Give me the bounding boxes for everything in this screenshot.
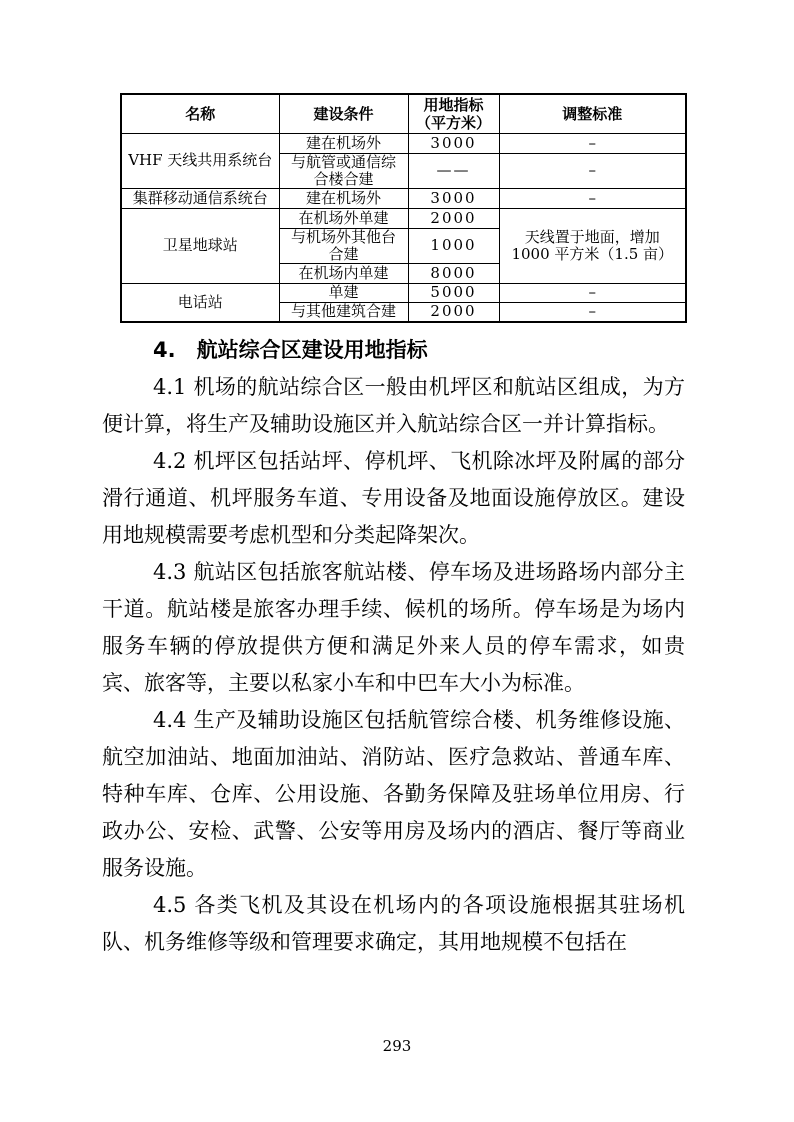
section-text: 4. 航站综合区建设用地指标 4.1 机场的航站综合区一般由机坪区和航站区组成，…	[102, 332, 685, 961]
paragraph-4-4: 4.4 生产及辅助设施区包括航管综合楼、机务维修设施、航空加油站、地面加油站、消…	[102, 702, 685, 887]
condition-cell: 在机场内单建	[279, 263, 408, 283]
paragraph-4-3: 4.3 航站区包括旅客航站楼、停车场及进场路场内部分主干道。航站楼是旅客办理手续…	[102, 554, 685, 702]
condition-cell: 与机场外其他台合建	[279, 228, 408, 263]
condition-cell: 与其他建筑合建	[279, 302, 408, 322]
page-number: 293	[0, 1036, 794, 1056]
land-use-table: 名称 建设条件 用地指标 （平方米） 调整标准 VHF 天线共用系统台 建在机场…	[120, 93, 687, 323]
condition-cell: 在机场外单建	[279, 208, 408, 228]
facility-name-cell: 卫星地球站	[121, 208, 279, 283]
adjustment-cell: –	[499, 188, 686, 208]
adjustment-cell: –	[499, 133, 686, 153]
indicator-cell: 2000	[408, 302, 499, 322]
page-content: 名称 建设条件 用地指标 （平方米） 调整标准 VHF 天线共用系统台 建在机场…	[102, 93, 685, 961]
column-header-indicator: 用地指标 （平方米）	[408, 94, 499, 133]
facility-name-cell: 电话站	[121, 283, 279, 322]
indicator-cell: 5000	[408, 283, 499, 302]
indicator-cell: 2000	[408, 208, 499, 228]
adjustment-cell: –	[499, 153, 686, 188]
table-row: VHF 天线共用系统台 建在机场外 3000 –	[121, 133, 686, 153]
indicator-cell: 8000	[408, 263, 499, 283]
condition-cell: 建在机场外	[279, 133, 408, 153]
condition-cell: 与航管或通信综合楼合建	[279, 153, 408, 188]
indicator-cell: 3000	[408, 188, 499, 208]
facility-name-cell: VHF 天线共用系统台	[121, 133, 279, 188]
indicator-cell: ——	[408, 153, 499, 188]
column-header-name: 名称	[121, 94, 279, 133]
indicator-cell: 1000	[408, 228, 499, 263]
column-header-adjustment: 调整标准	[499, 94, 686, 133]
document-page: 名称 建设条件 用地指标 （平方米） 调整标准 VHF 天线共用系统台 建在机场…	[0, 0, 794, 1122]
table-row: 电话站 单建 5000 –	[121, 283, 686, 302]
section-heading: 4. 航站综合区建设用地指标	[102, 332, 685, 369]
facility-name-cell: 集群移动通信系统台	[121, 188, 279, 208]
table-row: 卫星地球站 在机场外单建 2000 天线置于地面，增加 1000 平方米（1.5…	[121, 208, 686, 228]
paragraph-4-5: 4.5 各类飞机及其设在机场内的各项设施根据其驻场机队、机务维修等级和管理要求确…	[102, 887, 685, 961]
column-header-condition: 建设条件	[279, 94, 408, 133]
table-header-row: 名称 建设条件 用地指标 （平方米） 调整标准	[121, 94, 686, 133]
table-row: 集群移动通信系统台 建在机场外 3000 –	[121, 188, 686, 208]
adjustment-cell: –	[499, 283, 686, 302]
paragraph-4-1: 4.1 机场的航站综合区一般由机坪区和航站区组成，为方便计算，将生产及辅助设施区…	[102, 369, 685, 443]
adjustment-cell: 天线置于地面，增加 1000 平方米（1.5 亩）	[499, 208, 686, 283]
condition-cell: 单建	[279, 283, 408, 302]
condition-cell: 建在机场外	[279, 188, 408, 208]
indicator-cell: 3000	[408, 133, 499, 153]
paragraph-4-2: 4.2 机坪区包括站坪、停机坪、飞机除冰坪及附属的部分滑行通道、机坪服务车道、专…	[102, 443, 685, 554]
adjustment-cell: –	[499, 302, 686, 322]
